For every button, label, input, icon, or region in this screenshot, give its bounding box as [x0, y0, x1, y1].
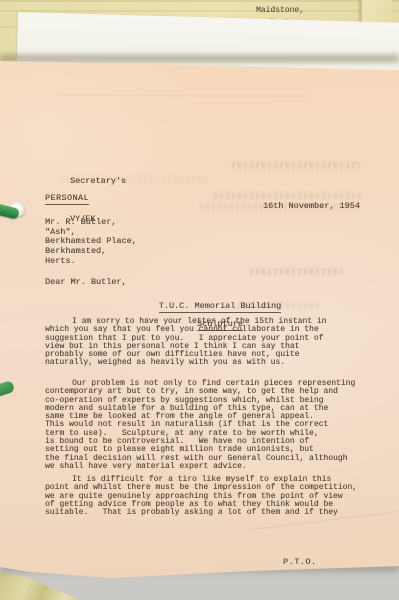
- body-paragraph-3: It is difficult for a tiro like myself t…: [45, 476, 357, 517]
- typed-line: suitable. That is probably asking a lot …: [45, 509, 357, 517]
- bleed-through-smudge: [232, 162, 360, 169]
- typed-line: naturally, weighed as heavily with you a…: [45, 359, 326, 367]
- typed-line: we shall have very material expert advic…: [45, 463, 355, 471]
- typed-line: Herts.: [45, 257, 137, 267]
- letter-date: 16th November, 1954: [263, 201, 360, 211]
- body-paragraph-2: Our problem is not only to find certain …: [45, 380, 355, 471]
- personal-label: PERSONAL: [45, 193, 89, 205]
- paper-crease: [60, 94, 310, 97]
- page-top-shadow: [0, 54, 399, 63]
- recipient-address-block: Mr. R. Butler,"Ash",Berkhamsted Place,Be…: [45, 218, 137, 266]
- underlying-address-town: Maidstone,: [256, 5, 304, 17]
- sender-department: Secretary's: [70, 175, 126, 188]
- subject-line-1: T.U.C. Memorial Building: [159, 302, 281, 313]
- please-turn-over-note: P.T.O.: [283, 557, 317, 567]
- salutation: Dear Mr. Butler,: [45, 277, 127, 287]
- photographed-letter-scene: Maidstone, Kent. Secretary's VY/EK PERSO…: [0, 0, 399, 600]
- body-paragraph-1: I am sorry to have your letter of the 15…: [45, 318, 326, 368]
- bleed-through-smudge: [250, 268, 342, 275]
- bleed-through-smudge: [214, 192, 362, 199]
- letter-page: Secretary's VY/EK PERSONAL 16th November…: [0, 0, 399, 600]
